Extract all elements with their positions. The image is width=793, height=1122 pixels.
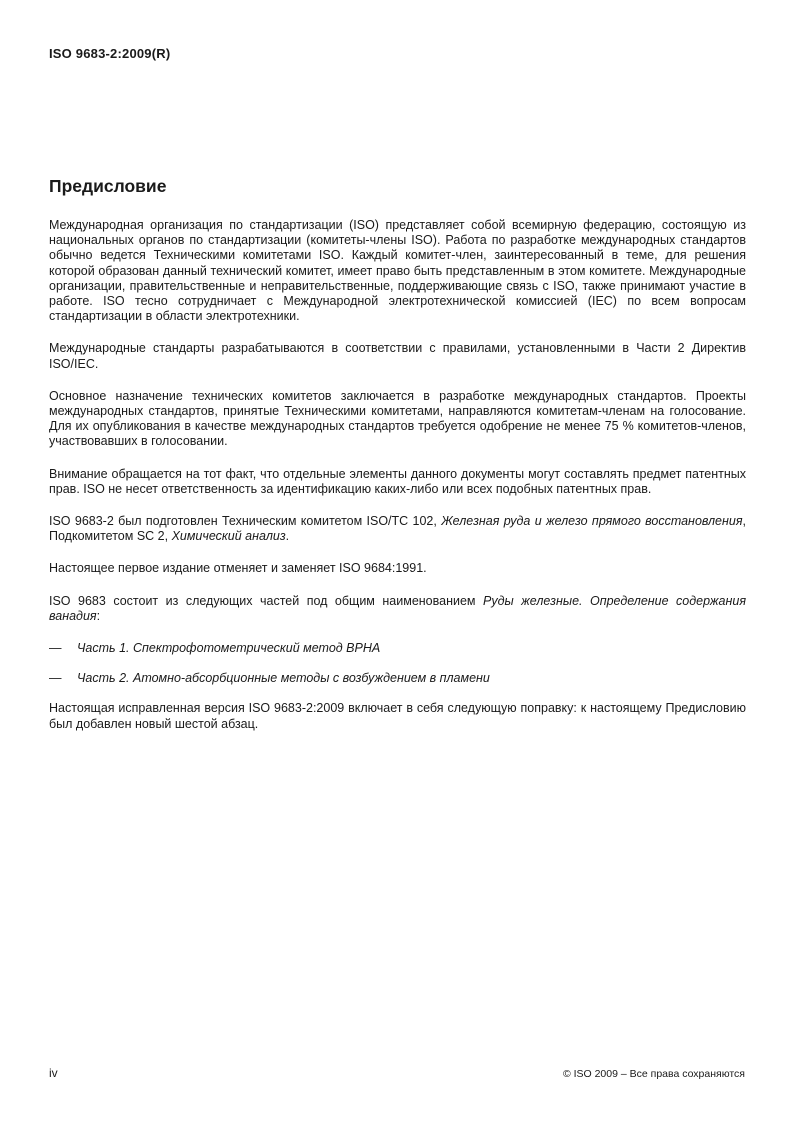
foreword-body: Международная организация по стандартиза… <box>49 218 746 732</box>
paragraph-series-title-text: : <box>97 609 100 623</box>
page-content: ISO 9683-2:2009(R) Предисловие Междунаро… <box>49 46 746 749</box>
paragraph-prepared-by: ISO 9683-2 был подготовлен Техническим к… <box>49 514 746 544</box>
paragraph-corrected-version: Настоящая исправленная версия ISO 9683-2… <box>49 701 746 731</box>
committee-name-italic: Железная руда и железо прямого восстанов… <box>441 514 742 528</box>
paragraph-prepared-by-text: . <box>286 529 289 543</box>
paragraph-iso-federation: Международная организация по стандартиза… <box>49 218 746 324</box>
list-item: — Часть 1. Спектрофотометрический метод … <box>49 641 746 656</box>
list-item: — Часть 2. Атомно-абсорбционные методы с… <box>49 671 746 686</box>
subcommittee-name-italic: Химический анализ <box>172 529 286 543</box>
paragraph-prepared-by-text: ISO 9683-2 был подготовлен Техническим к… <box>49 514 441 528</box>
paragraph-directives: Международные стандарты разрабатываются … <box>49 341 746 371</box>
page-title: Предисловие <box>49 176 746 197</box>
paragraph-committees-purpose: Основное назначение технических комитето… <box>49 389 746 450</box>
paragraph-series-title: ISO 9683 состоит из следующих частей под… <box>49 594 746 624</box>
paragraph-series-title-text: ISO 9683 состоит из следующих частей под… <box>49 594 483 608</box>
parts-list: — Часть 1. Спектрофотометрический метод … <box>49 641 746 686</box>
list-item-label: Часть 1. Спектрофотометрический метод ВР… <box>77 641 746 656</box>
copyright-notice: © ISO 2009 – Все права сохраняются <box>563 1068 745 1080</box>
paragraph-first-edition: Настоящее первое издание отменяет и заме… <box>49 561 746 576</box>
running-header: ISO 9683-2:2009(R) <box>49 46 746 61</box>
document-page: ISO 9683-2:2009(R) Предисловие Междунаро… <box>0 0 793 1122</box>
list-dash: — <box>49 671 77 686</box>
page-footer: iv © ISO 2009 – Все права сохраняются <box>49 1066 745 1080</box>
list-dash: — <box>49 641 77 656</box>
page-number: iv <box>49 1066 58 1080</box>
list-item-label: Часть 2. Атомно-абсорбционные методы с в… <box>77 671 746 686</box>
paragraph-patent-rights: Внимание обращается на тот факт, что отд… <box>49 467 746 497</box>
